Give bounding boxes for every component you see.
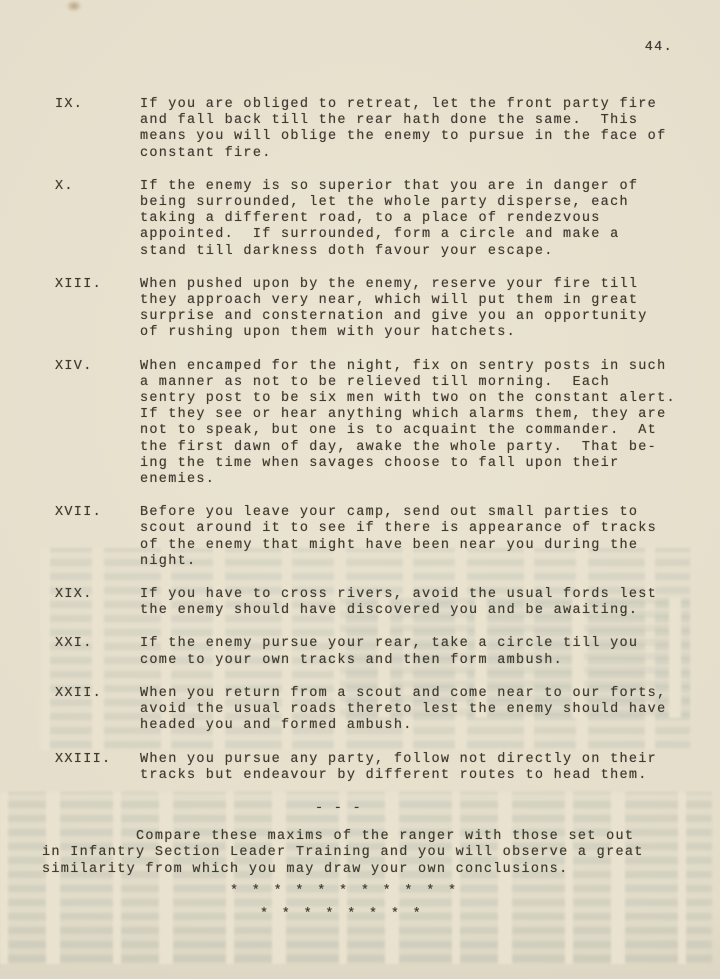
maxim-line: If you are obliged to retreat, let the f… — [140, 97, 680, 113]
maxim-line: means you will oblige the enemy to pursu… — [140, 129, 680, 145]
maxim-line: When pushed upon by the enemy, reserve y… — [140, 277, 680, 293]
maxim-line: If they see or hear anything which alarm… — [140, 407, 680, 423]
maxim-numeral: XXII. — [55, 686, 140, 735]
maxim-line: of rushing upon them with your hatchets. — [140, 325, 680, 341]
maxim-line: When you pursue any party, follow not di… — [140, 752, 680, 768]
dash-separator: - - - — [315, 801, 680, 817]
maxim-item: XIII. When pushed upon by the enemy, res… — [55, 277, 680, 342]
maxim-text: If the enemy pursue your rear, take a ci… — [140, 636, 680, 668]
maxim-numeral: XXI. — [55, 636, 140, 668]
page-content: IX. If you are obliged to retreat, let t… — [55, 97, 680, 923]
maxim-item: IX. If you are obliged to retreat, let t… — [55, 97, 680, 162]
closing-line: Compare these maxims of the ranger with … — [42, 829, 680, 845]
maxim-numeral: X. — [55, 179, 140, 260]
maxim-numeral: XXIII. — [55, 752, 140, 784]
maxim-line: avoid the usual roads thereto lest the e… — [140, 702, 680, 718]
maxim-text: When you return from a scout and come ne… — [140, 686, 680, 735]
maxim-line: being surrounded, let the whole party di… — [140, 195, 680, 211]
maxim-line: constant fire. — [140, 146, 680, 162]
maxim-line: taking a different road, to a place of r… — [140, 211, 680, 227]
maxim-text: When you pursue any party, follow not di… — [140, 752, 680, 784]
maxim-text: Before you leave your camp, send out sma… — [140, 505, 680, 570]
maxim-line: appointed. If surrounded, form a circle … — [140, 227, 680, 243]
asterisk-row: * * * * * * * * * * * — [230, 884, 680, 900]
maxim-text: If the enemy is so superior that you are… — [140, 179, 680, 260]
maxim-text: When encamped for the night, fix on sent… — [140, 359, 680, 489]
maxim-item: XXIII. When you pursue any party, follow… — [55, 752, 680, 784]
maxim-item: XIV. When encamped for the night, fix on… — [55, 359, 680, 489]
maxim-line: tracks but endeavour by different routes… — [140, 768, 680, 784]
maxim-line: When encamped for the night, fix on sent… — [140, 359, 680, 375]
maxim-line: scout around it to see if there is appea… — [140, 521, 680, 537]
maxim-numeral: IX. — [55, 97, 140, 162]
maxim-line: stand till darkness doth favour your esc… — [140, 244, 680, 260]
maxim-item: XVII. Before you leave your camp, send o… — [55, 505, 680, 570]
maxim-item: X. If the enemy is so superior that you … — [55, 179, 680, 260]
maxim-item: XIX. If you have to cross rivers, avoid … — [55, 587, 680, 619]
maxim-line: surprise and consternation and give you … — [140, 309, 680, 325]
maxim-item: XXII. When you return from a scout and c… — [55, 686, 680, 735]
maxim-line: of the enemy that might have been near y… — [140, 538, 680, 554]
maxim-line: the first dawn of day, awake the whole p… — [140, 440, 680, 456]
maxim-text: If you are obliged to retreat, let the f… — [140, 97, 680, 162]
maxim-line: If the enemy is so superior that you are… — [140, 179, 680, 195]
maxim-line: headed you and formed ambush. — [140, 718, 680, 734]
maxim-line: they approach very near, which will put … — [140, 293, 680, 309]
maxim-line: come to your own tracks and then form am… — [140, 653, 680, 669]
maxim-line: ing the time when savages choose to fall… — [140, 456, 680, 472]
maxim-line: the enemy should have discovered you and… — [140, 603, 680, 619]
maxim-numeral: XVII. — [55, 505, 140, 570]
maxim-numeral: XIX. — [55, 587, 140, 619]
maxim-text: When pushed upon by the enemy, reserve y… — [140, 277, 680, 342]
maxim-line: not to speak, but one is to acquaint the… — [140, 423, 680, 439]
maxim-line: If you have to cross rivers, avoid the u… — [140, 587, 680, 603]
maxim-numeral: XIV. — [55, 359, 140, 489]
maxims-list: IX. If you are obliged to retreat, let t… — [55, 97, 680, 784]
closing-paragraph: Compare these maxims of the ranger with … — [42, 829, 680, 878]
maxim-line: a manner as not to be relieved till morn… — [140, 375, 680, 391]
maxim-line: sentry post to be six men with two on th… — [140, 391, 680, 407]
maxim-line: night. — [140, 554, 680, 570]
document-page: 44. IX. If you are obliged to retreat, l… — [0, 0, 720, 979]
asterisk-row: * * * * * * * * — [260, 907, 680, 923]
closing-line: similarity from which you may draw your … — [42, 862, 680, 878]
maxim-numeral: XIII. — [55, 277, 140, 342]
maxim-line: Before you leave your camp, send out sma… — [140, 505, 680, 521]
maxim-line: enemies. — [140, 472, 680, 488]
maxim-line: When you return from a scout and come ne… — [140, 686, 680, 702]
page-number: 44. — [645, 40, 673, 56]
paper-stain — [66, 0, 82, 12]
maxim-item: XXI. If the enemy pursue your rear, take… — [55, 636, 680, 668]
maxim-text: If you have to cross rivers, avoid the u… — [140, 587, 680, 619]
closing-line: in Infantry Section Leader Training and … — [42, 845, 680, 861]
maxim-line: If the enemy pursue your rear, take a ci… — [140, 636, 680, 652]
maxim-line: and fall back till the rear hath done th… — [140, 113, 680, 129]
